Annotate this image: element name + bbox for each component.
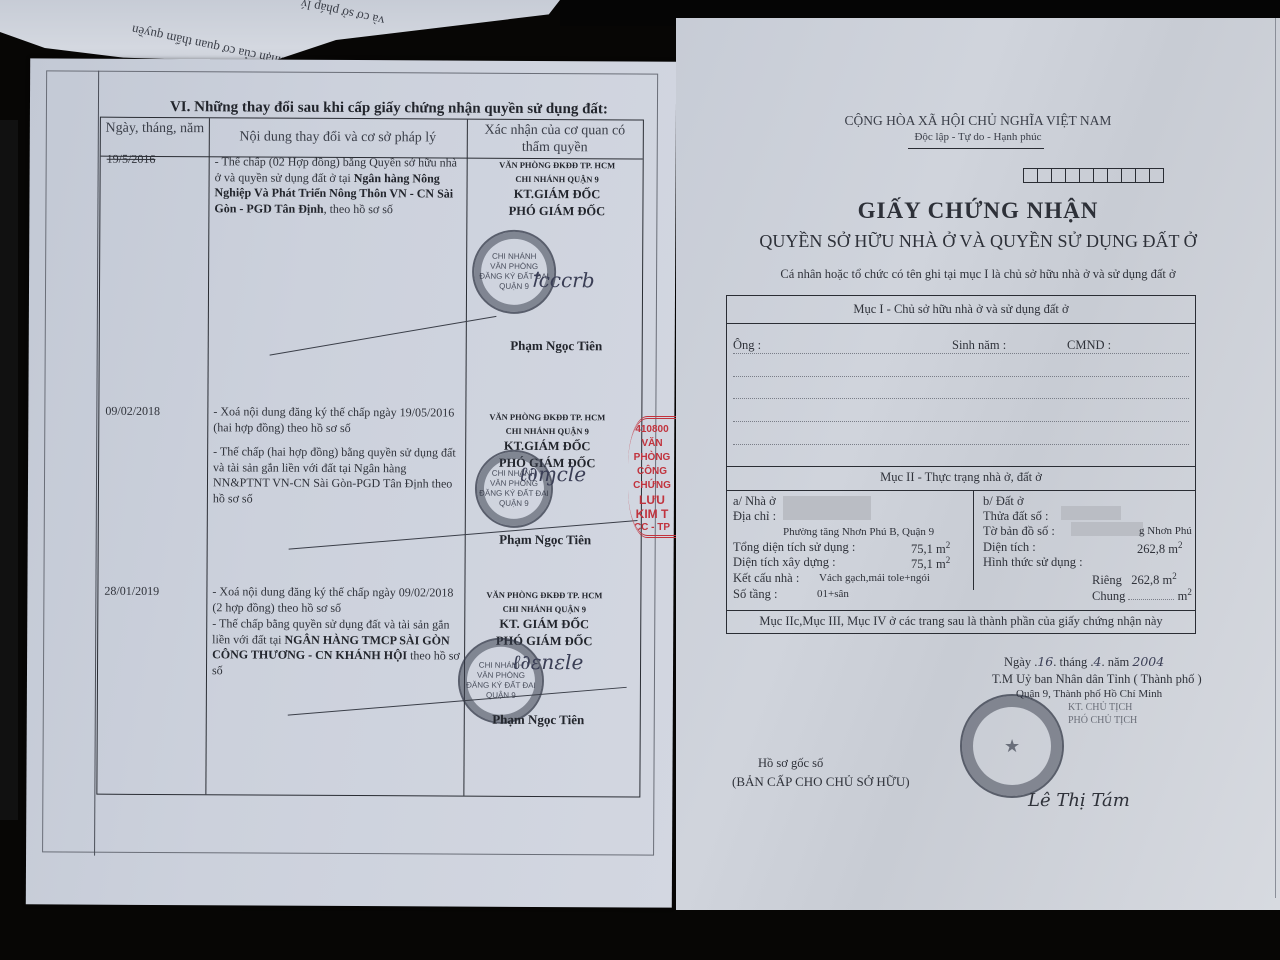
section-divider xyxy=(727,610,1195,611)
serial-box xyxy=(1121,168,1136,183)
built-area-value: 75,1 m2 xyxy=(911,555,950,572)
section-divider xyxy=(727,490,1195,491)
branch-name: CHI NHÁNH QUẬN 9 xyxy=(474,602,614,617)
total-area-label: Tổng diện tích sử dụng : xyxy=(733,540,855,555)
use-form-label: Hình thức sử dụng : xyxy=(983,555,1083,570)
office-name: VĂN PHÒNG ĐKĐĐ TP. HCM xyxy=(474,588,614,603)
parcel-label: Thửa đất số : xyxy=(983,509,1048,524)
authority-kt: KT. CHỦ TỊCH xyxy=(1068,702,1132,713)
redacted-address xyxy=(783,496,871,520)
redacted-map-sheet xyxy=(1071,522,1143,536)
signer-name: Phạm Ngọc Tiên xyxy=(494,338,619,355)
blank-line xyxy=(733,398,1189,399)
certificate-subtitle: QUYỀN SỞ HỮU NHÀ Ở VÀ QUYỀN SỬ DỤNG ĐẤT … xyxy=(676,231,1280,252)
authority-place: Quận 9, Thành phố Hồ Chí Minh xyxy=(1016,688,1162,700)
kt-director: KT.GIÁM ĐỐC xyxy=(494,186,619,204)
serial-number-boxes xyxy=(1024,168,1164,183)
stamp-line: CÔNG CHỨNG xyxy=(628,465,676,493)
kt-director: KT. GIÁM ĐỐC xyxy=(474,616,614,634)
row-content-line-2: - Thế chấp bằng quyền sử dụng đất và tài… xyxy=(212,616,464,679)
serial-box xyxy=(1051,168,1066,183)
shared-use: Chung m2 xyxy=(1092,587,1192,604)
row-content-line-1: - Xoá nội dung đăng ký thế chấp ngày 19/… xyxy=(213,404,463,436)
row-date: 28/01/2019 xyxy=(104,584,159,599)
column-divider xyxy=(205,118,210,794)
land-area-label: Diện tích : xyxy=(983,540,1036,555)
signature: ℓ∂ɛnɛle xyxy=(512,650,583,675)
land-area-value: 262,8 m2 xyxy=(1137,540,1182,557)
certificate-intro: Cá nhân hoặc tổ chức có tên ghi tại mục … xyxy=(676,267,1280,282)
signer-name: Phạm Ngọc Tiên xyxy=(476,712,601,729)
serial-box xyxy=(1107,168,1122,183)
national-motto: Độc lập - Tự do - Hạnh phúc xyxy=(676,131,1280,143)
signature: ℓ∂ɱcle xyxy=(519,462,586,487)
nation-name: CỘNG HÒA XÃ HỘI CHỦ NGHĨA VIỆT NAM xyxy=(676,113,1280,129)
private-use: Riêng 262,8 m2 xyxy=(1092,571,1177,588)
serial-box xyxy=(1065,168,1080,183)
serial-box xyxy=(1093,168,1108,183)
serial-box xyxy=(1023,168,1038,183)
row-authority: VĂN PHÒNG ĐKĐĐ TP. HCM CHI NHÁNH QUẬN 9 … xyxy=(494,158,619,221)
issue-date: Ngày .16. tháng .4. năm 2004 xyxy=(1004,654,1164,670)
floors-label: Số tầng : xyxy=(733,587,777,602)
branch-name: CHI NHÁNH QUẬN 9 xyxy=(477,424,617,439)
row-content: - Thế chấp (02 Hợp đồng) bằng Quyền sở h… xyxy=(214,154,464,217)
structure-value: Vách gạch,mái tole+ngói xyxy=(819,572,930,584)
official-seal: ★ xyxy=(960,694,1064,798)
structure-label: Kết cấu nhà : xyxy=(733,571,799,586)
authority-name: T.M Uỷ ban Nhân dân Tỉnh ( Thành phố ) xyxy=(992,672,1202,687)
map-sheet-label: Tờ bản đồ số : xyxy=(983,524,1055,539)
right-page: CỘNG HÒA XÃ HỘI CHỦ NGHĨA VIỆT NAM Độc l… xyxy=(676,18,1280,910)
owner-copy-label: (BẢN CẤP CHO CHỦ SỞ HỮU) xyxy=(732,774,910,790)
section-divider xyxy=(727,323,1195,324)
header-authority: Xác nhận của cơ quan có thẩm quyền xyxy=(469,122,641,157)
curled-page-header-col2: và cơ sở pháp lý xyxy=(299,0,386,29)
signature: ꝉcccrb xyxy=(530,268,595,292)
blank-line xyxy=(733,444,1189,445)
serial-box xyxy=(1149,168,1164,183)
birth-year-label: Sinh năm : xyxy=(952,338,1006,353)
stamp-code: 410800 xyxy=(628,423,676,437)
certificate-title: GIẤY CHỨNG NHẬN xyxy=(676,198,1280,224)
section-divider xyxy=(727,466,1195,467)
stamp-line: VĂN PHÒNG xyxy=(628,437,676,465)
left-page: VI. Những thay đổi sau khi cấp giấy chứn… xyxy=(26,58,676,907)
star-icon: ★ xyxy=(1004,736,1020,757)
header-date: Ngày, tháng, năm xyxy=(101,120,209,138)
map-sheet-value: g Nhơn Phú xyxy=(1139,525,1192,537)
certificate-info-box: Mục I - Chủ sở hữu nhà ở và sử dụng đất … xyxy=(726,295,1196,634)
signer-name: Phạm Ngọc Tiên xyxy=(483,532,608,549)
authority-title: PHÓ CHỦ TỊCH xyxy=(1068,715,1137,726)
land-heading: b/ Đất ở xyxy=(983,494,1024,509)
changes-table: Ngày, tháng, năm Nội dung thay đổi và cơ… xyxy=(96,117,644,798)
owner-line xyxy=(733,353,1189,354)
notary-stamp: 410800 VĂN PHÒNG CÔNG CHỨNG LƯU KIM T CC… xyxy=(628,416,676,538)
branch-name: CHI NHÁNH QUẬN 9 xyxy=(495,172,620,187)
section-title: VI. Những thay đổi sau khi cấp giấy chứn… xyxy=(170,99,608,118)
section-1-title: Mục I - Chủ sở hữu nhà ở và sử dụng đất … xyxy=(727,302,1195,317)
chairman-signature: Lê Thị Tám xyxy=(1028,790,1130,811)
floors-value: 01+sân xyxy=(817,588,849,600)
strike-line xyxy=(270,316,497,356)
row-date: 09/02/2018 xyxy=(105,404,160,419)
office-name: VĂN PHÒNG ĐKĐĐ TP. HCM xyxy=(477,410,617,425)
serial-box xyxy=(1037,168,1052,183)
motto-underline xyxy=(908,148,1044,149)
house-heading: a/ Nhà ở xyxy=(733,494,776,509)
blank-line xyxy=(733,376,1189,377)
stamp-line: LƯU KIM T xyxy=(628,493,676,521)
footer-note: Mục IIc,Mục III, Mục IV ở các trang sau … xyxy=(727,614,1195,629)
built-area-label: Diện tích xây dựng : xyxy=(733,555,836,570)
background-dark-left xyxy=(0,120,18,820)
serial-box xyxy=(1135,168,1150,183)
address-value: Phường tăng Nhơn Phú B, Quận 9 xyxy=(783,526,934,538)
row-content-line-1: - Xoá nội dung đăng ký thế chấp ngày 09/… xyxy=(212,584,462,616)
column-divider xyxy=(973,490,974,590)
owner-label: Ông : xyxy=(733,338,761,353)
redacted-parcel xyxy=(1061,506,1121,520)
original-file-label: Hồ sơ gốc số xyxy=(758,756,823,771)
blank-line xyxy=(733,421,1189,422)
deputy-director: PHÓ GIÁM ĐỐC xyxy=(494,203,619,221)
serial-box xyxy=(1079,168,1094,183)
address-label: Địa chỉ : xyxy=(733,509,776,524)
content-text: , theo hồ sơ số xyxy=(324,201,393,215)
header-content: Nội dung thay đổi và cơ sở pháp lý xyxy=(211,128,465,146)
section-2-title: Mục II - Thực trạng nhà ở, đất ở xyxy=(727,470,1195,485)
id-card-label: CMND : xyxy=(1067,338,1111,353)
row-date: 19/5/2016 xyxy=(107,152,156,167)
row-content-line-2: - Thế chấp (hai hợp đồng) bằng quyền sử … xyxy=(213,444,463,507)
office-name: VĂN PHÒNG ĐKĐĐ TP. HCM xyxy=(495,158,620,173)
